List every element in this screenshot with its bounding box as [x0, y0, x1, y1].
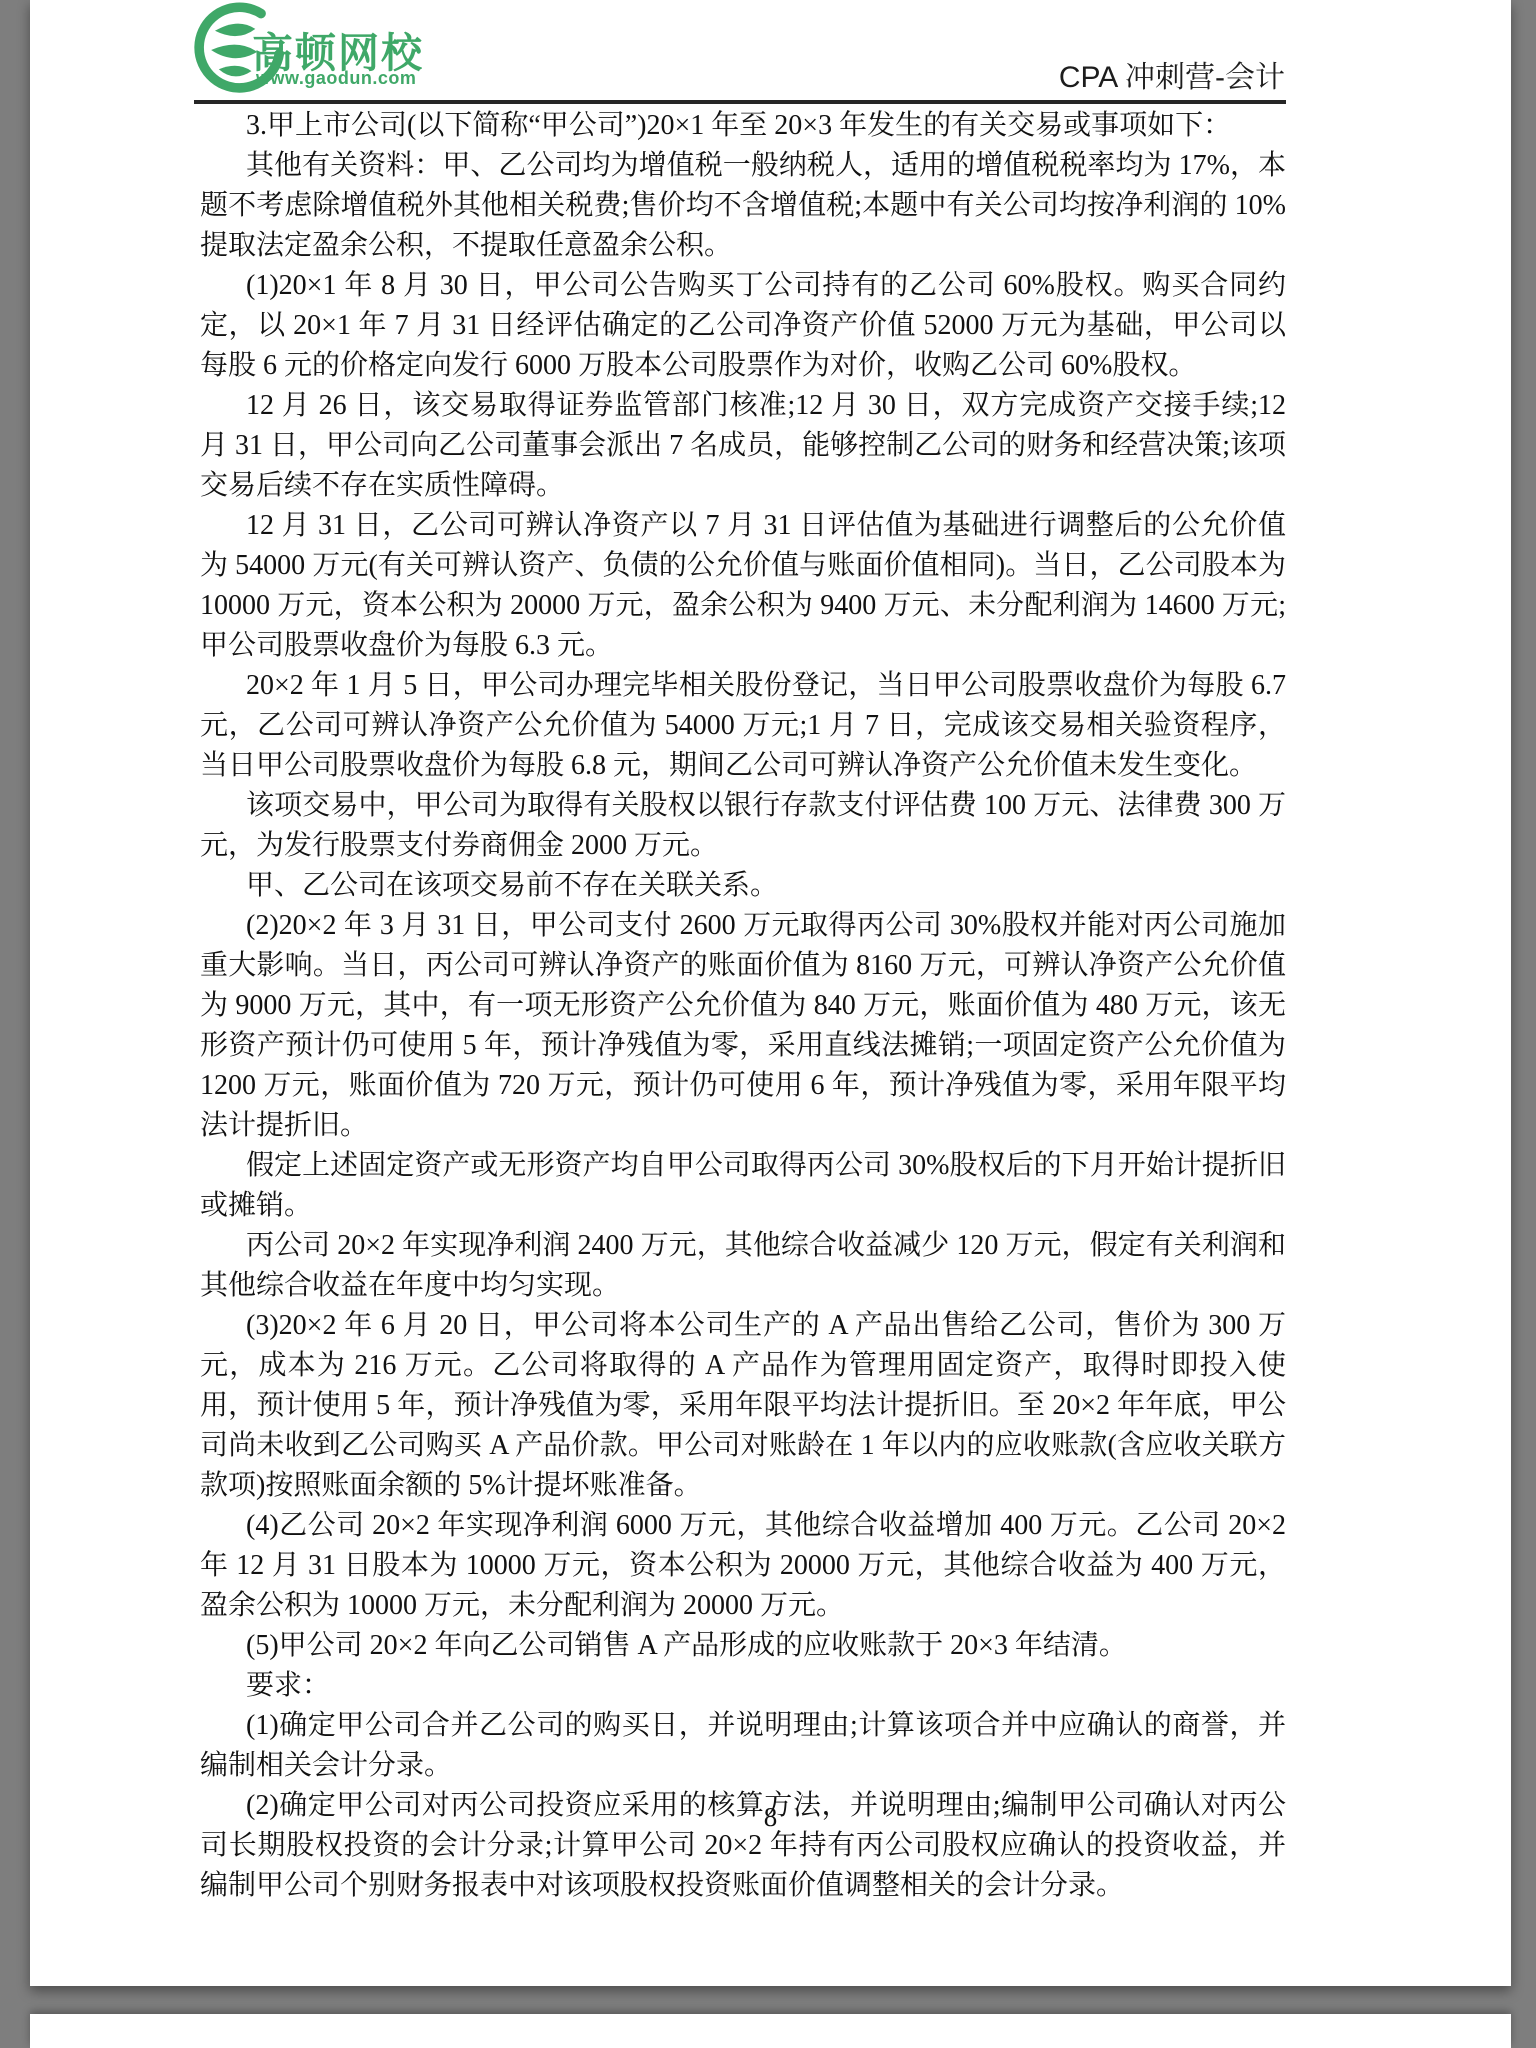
paragraph-item-1-fees: 该项交易中，甲公司为取得有关股权以银行存款支付评估费 100 万元、法律费 30… — [200, 786, 1286, 866]
paragraph-item-3: (3)20×2 年 6 月 20 日，甲公司将本公司生产的 A 产品出售给乙公司… — [200, 1306, 1286, 1506]
paragraph-requirements: 要求： — [200, 1666, 1286, 1706]
paragraph-item-4: (4)乙公司 20×2 年实现净利润 6000 万元，其他综合收益增加 400 … — [200, 1506, 1286, 1626]
paragraph-question-intro: 3.甲上市公司(以下简称“甲公司”)20×1 年至 20×3 年发生的有关交易或… — [200, 106, 1286, 146]
paragraph-item-2-assumption: 假定上述固定资产或无形资产均自甲公司取得丙公司 30%股权后的下月开始计提折旧或… — [200, 1146, 1286, 1226]
brand-url: www.gaodun.com — [256, 68, 416, 89]
paragraph-item-1-approval: 12 月 26 日，该交易取得证券监管部门核准;12 月 30 日，双方完成资产… — [200, 386, 1286, 506]
paragraph-other-info: 其他有关资料：甲、乙公司均为增值税一般纳税人，适用的增值税税率均为 17%，本题… — [200, 146, 1286, 266]
paragraph-item-2: (2)20×2 年 3 月 31 日，甲公司支付 2600 万元取得丙公司 30… — [200, 906, 1286, 1146]
paragraph-requirement-1: (1)确定甲公司合并乙公司的购买日，并说明理由;计算该项合并中应确认的商誉，并编… — [200, 1706, 1286, 1786]
document-page: 高顿网校 www.gaodun.com CPA 冲刺营-会计 3.甲上市公司(以… — [30, 0, 1511, 1986]
viewer-left-gutter — [0, 0, 30, 2048]
paragraph-item-1-registration: 20×2 年 1 月 5 日，甲公司办理完毕相关股份登记，当日甲公司股票收盘价为… — [200, 666, 1286, 786]
pdf-viewer-canvas: 高顿网校 www.gaodun.com CPA 冲刺营-会计 3.甲上市公司(以… — [0, 0, 1536, 2048]
page-header: 高顿网校 www.gaodun.com CPA 冲刺营-会计 — [30, 0, 1511, 106]
course-title: CPA 冲刺营-会计 — [1059, 52, 1285, 96]
paragraph-item-1-relationship: 甲、乙公司在该项交易前不存在关联关系。 — [200, 866, 1286, 906]
paragraph-item-1: (1)20×1 年 8 月 30 日，甲公司公告购买丁公司持有的乙公司 60%股… — [200, 266, 1286, 386]
next-page-sliver — [30, 2014, 1511, 2048]
paragraph-item-1-fair-value: 12 月 31 日，乙公司可辨认净资产以 7 月 31 日评估值为基础进行调整后… — [200, 506, 1286, 666]
document-body: 3.甲上市公司(以下简称“甲公司”)20×1 年至 20×3 年发生的有关交易或… — [200, 106, 1286, 1906]
paragraph-item-5: (5)甲公司 20×2 年向乙公司销售 A 产品形成的应收账款于 20×3 年结… — [200, 1626, 1286, 1666]
header-divider — [194, 100, 1286, 104]
page-number: 8 — [30, 1802, 1511, 1833]
paragraph-item-2-profit: 丙公司 20×2 年实现净利润 2400 万元，其他综合收益减少 120 万元，… — [200, 1226, 1286, 1306]
